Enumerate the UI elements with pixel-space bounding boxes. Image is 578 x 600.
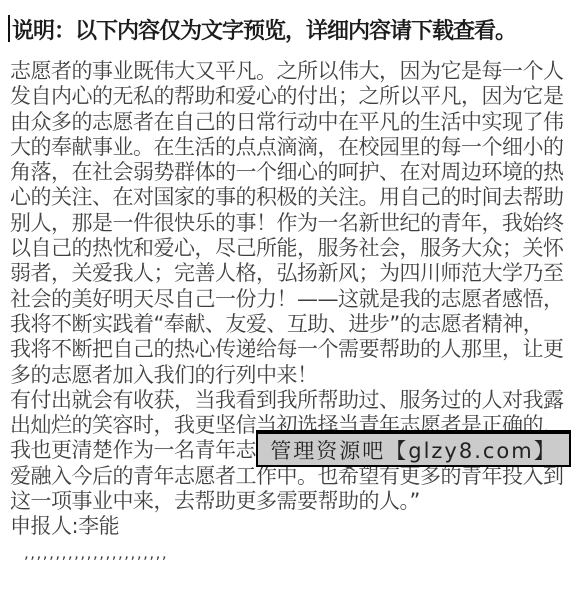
preview-notice: 说明：以下内容仅为文字预览，详细内容请下载查看。 (8, 14, 516, 45)
text-line: 有付出就会有收获，当我看到我所帮助过、服务过的人对我露 (10, 388, 564, 413)
text-line: 发自内心的无私的帮助和爱心的付出；之所以平凡，因为它是 (10, 84, 564, 109)
text-line: 弱者，关爱我人；完善人格，弘扬新风；为四川师范大学乃至 (10, 261, 564, 286)
text-line: 这一项事业中来，去帮助更多需要帮助的人。” (10, 489, 564, 514)
text-line: 多的志愿者加入我们的行列中来！ (10, 363, 564, 388)
text-line: 社会的美好明天尽自己一份力！——这就是我的志愿者感悟， (10, 287, 564, 312)
text-line: 心的关注、在对国家的事的积极的关注。用自己的时间去帮助 (10, 185, 564, 210)
text-line: 志愿者的事业既伟大又平凡。之所以伟大，因为它是每一个人 (10, 59, 564, 84)
text-line: 由众多的志愿者在自己的日常行动中在平凡的生活中实现了伟 (10, 110, 564, 135)
watermark-label: 管理资源吧【glzy8.com】 (270, 435, 557, 465)
dotted-separator: ,,,,,,,,,,,,,,,,,,,,,,, (24, 546, 564, 560)
text-line: 以自己的热忱和爱心，尽己所能，服务社会，服务大众；关怀 (10, 236, 564, 261)
text-cursor (8, 15, 10, 42)
text-line: 我将不断把自己的热心传递给每一个需要帮助的人那里，让更 (10, 337, 564, 362)
text-line: 爱融入今后的青年志愿者工作中。也希望有更多的青年投入到 (10, 464, 564, 489)
text-line: 我将不断实践着“奉献、友爱、互助、进步”的志愿者精神， (10, 312, 564, 337)
signature-line: 申报人:李能 (10, 514, 564, 539)
document-preview-page: 说明：以下内容仅为文字预览，详细内容请下载查看。 志愿者的事业既伟大又平凡。之所… (0, 0, 578, 600)
watermark-box[interactable]: 管理资源吧【glzy8.com】 (256, 430, 571, 467)
preview-notice-text: 说明：以下内容仅为文字预览，详细内容请下载查看。 (12, 19, 516, 44)
document-body: 志愿者的事业既伟大又平凡。之所以伟大，因为它是每一个人 发自内心的无私的帮助和爱… (10, 59, 564, 560)
text-line: 别人，那是一件很快乐的事！作为一名新世纪的青年，我始终 (10, 211, 564, 236)
text-line: 大的奉献事业。在生活的点点滴滴，在校园里的每一个细小的 (10, 135, 564, 160)
text-line: 角落，在社会弱势群体的一个细心的呵护、在对周边环境的热 (10, 160, 564, 185)
